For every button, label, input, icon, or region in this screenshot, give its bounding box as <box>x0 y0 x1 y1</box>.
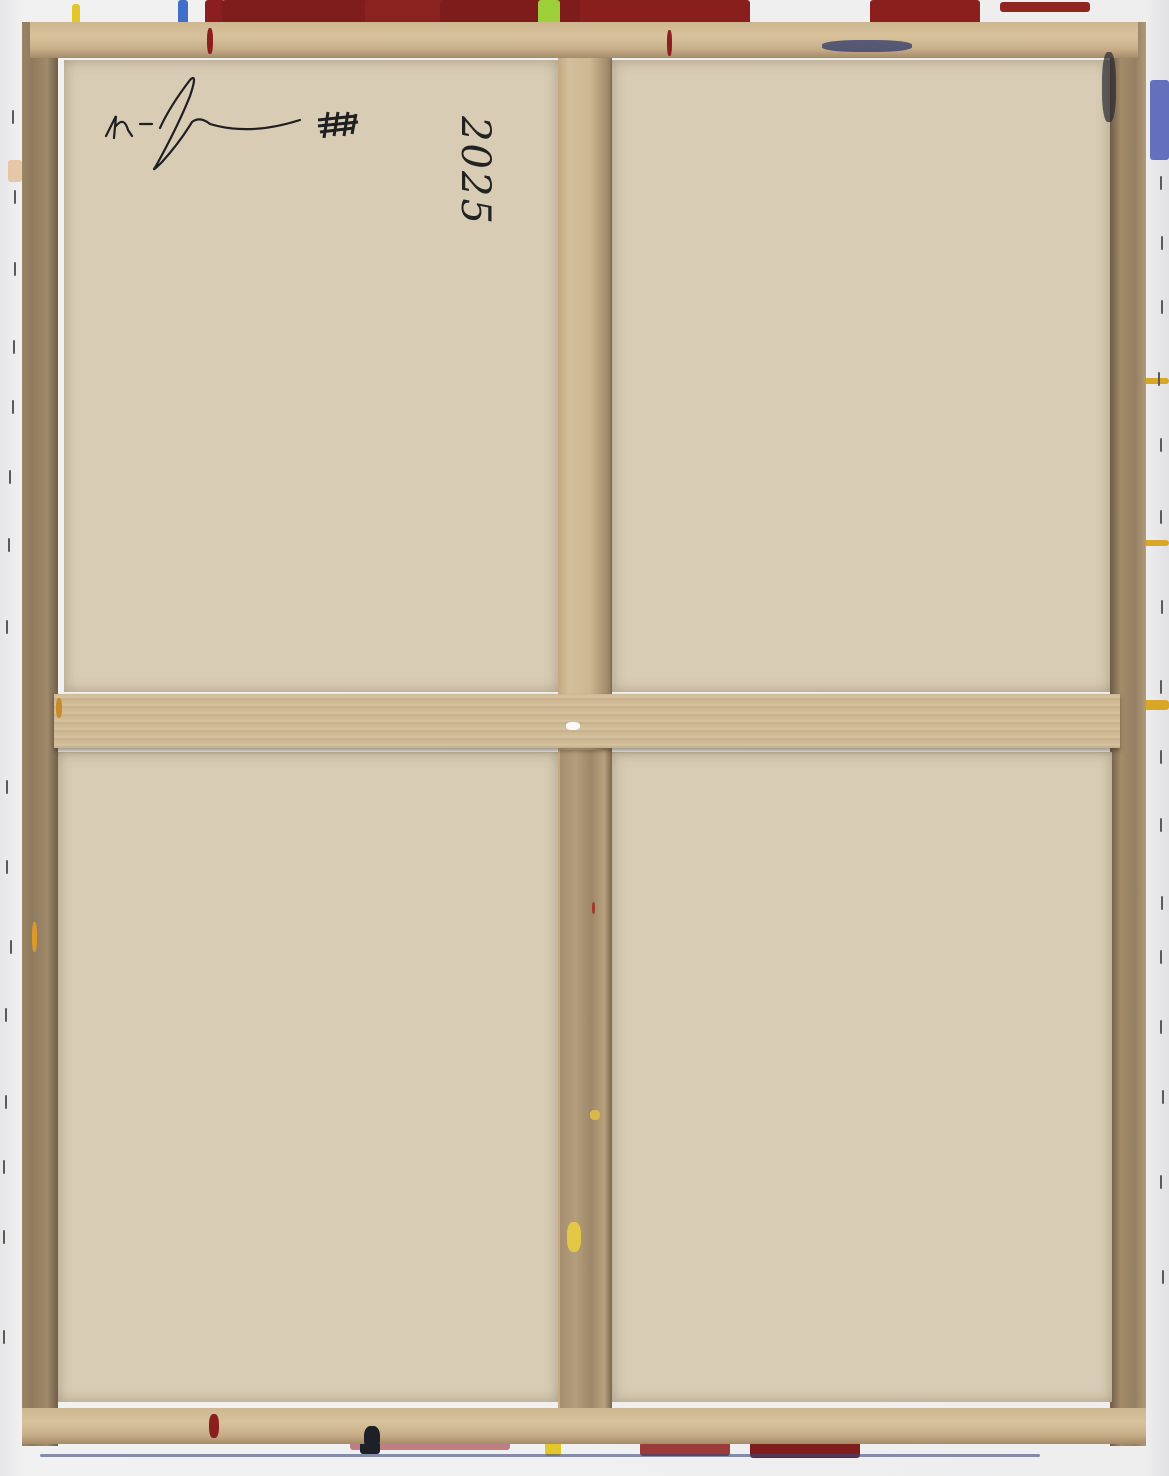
paint-orange-left <box>8 160 22 182</box>
staple <box>14 262 16 276</box>
canvas-panel-top-right <box>612 60 1110 692</box>
staple <box>12 400 14 414</box>
stretcher-frame <box>22 22 1146 1446</box>
paint-orange-drip-crossbar <box>56 698 62 718</box>
staple <box>6 780 8 794</box>
staple <box>1160 510 1162 524</box>
staple <box>3 1230 5 1244</box>
year-inscription: 2025 <box>440 100 510 240</box>
paint-white-drip <box>566 722 580 730</box>
canvas-panel-bottom-right <box>612 752 1112 1402</box>
staple <box>6 860 8 874</box>
paint-blue-bottom <box>40 1454 1040 1457</box>
staple <box>1162 1270 1164 1284</box>
staple <box>3 1330 5 1344</box>
staple <box>5 1008 7 1022</box>
staple <box>12 110 14 124</box>
staple <box>9 470 11 484</box>
cross-bar-vertical-lower <box>560 750 612 1408</box>
stretcher-bar-bottom <box>22 1408 1146 1444</box>
paint-yellow-right-2 <box>1143 540 1169 546</box>
staple <box>1161 896 1163 910</box>
staple <box>1160 438 1162 452</box>
paint-yellow-right-1 <box>1143 378 1169 384</box>
staple <box>1160 818 1162 832</box>
paint-yellow-drip-1 <box>567 1222 581 1252</box>
paint-red-drip-top <box>667 30 672 56</box>
staple <box>1160 750 1162 764</box>
staple <box>1160 950 1162 964</box>
paint-yellow-drip-left <box>32 922 37 952</box>
staple <box>1160 680 1162 694</box>
staple <box>13 340 15 354</box>
staple <box>1160 1175 1162 1189</box>
staple <box>1160 176 1162 190</box>
stretcher-bar-left <box>22 22 58 1446</box>
staple <box>14 190 16 204</box>
paint-red-drip-vertical <box>592 902 595 914</box>
staple <box>6 620 8 634</box>
paint-red-drip-top-2 <box>207 28 213 54</box>
staple <box>1161 236 1163 250</box>
paint-red-drip-bottom <box>209 1414 219 1438</box>
paint-red-top-7 <box>1000 2 1090 12</box>
canvas-panel-bottom-left <box>58 752 558 1402</box>
ink-stain-corner <box>1102 52 1116 122</box>
year-text: 2025 <box>452 116 498 226</box>
paint-blue-right <box>1150 80 1169 160</box>
staple <box>5 1095 7 1109</box>
staple <box>1161 600 1163 614</box>
staple <box>1161 300 1163 314</box>
paint-yellow-drip-2 <box>590 1110 600 1120</box>
staple <box>10 940 12 954</box>
canvas-back-photo: 2025 <box>0 0 1169 1476</box>
hatched-mark <box>316 108 368 138</box>
cross-bar-horizontal <box>54 694 1120 748</box>
staple <box>1158 372 1160 386</box>
staple <box>1160 1020 1162 1034</box>
paint-blue-frame-stain <box>822 40 912 52</box>
staple <box>8 538 10 552</box>
staple <box>3 1160 5 1174</box>
staple <box>1162 1090 1164 1104</box>
stretcher-bar-top <box>30 22 1138 58</box>
paint-black-drip-bottom <box>364 1426 380 1450</box>
